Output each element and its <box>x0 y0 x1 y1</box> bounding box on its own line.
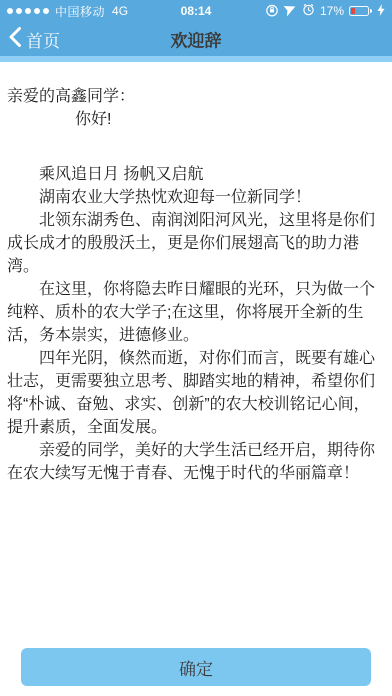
welcome-letter: 亲爱的高鑫同学： 你好! 乘风追日月 扬帆又启航 湖南农业大学热忱欢迎每一位新同… <box>0 62 392 648</box>
charging-bolt-icon <box>377 4 385 19</box>
location-services-icon <box>284 3 297 19</box>
carrier-label: 中国移动 <box>55 3 105 20</box>
signal-strength-icon <box>7 8 49 14</box>
page-title: 欢迎辞 <box>171 27 222 52</box>
letter-paragraphs: 乘风追日月 扬帆又启航 湖南农业大学热忱欢迎每一位新同学！ 北领东湖秀色、南润浏… <box>7 163 385 485</box>
battery-icon <box>349 6 372 16</box>
battery-percent-label: 17% <box>320 4 344 18</box>
back-button-label: 首页 <box>26 27 60 52</box>
letter-paragraph: 北领东湖秀色、南润浏阳河风光，这里将是你们成长成才的殷殷沃土，更是你们展翅高飞的… <box>7 209 385 278</box>
nav-bar: 首页 欢迎辞 <box>0 22 392 56</box>
letter-salutation: 亲爱的高鑫同学： <box>7 85 385 108</box>
confirm-button[interactable]: 确定 <box>21 648 371 686</box>
footer: 确定 <box>0 648 392 696</box>
back-button[interactable]: 首页 <box>0 22 70 56</box>
app-screen: 中国移动 4G 08:14 <box>0 0 392 696</box>
network-type-label: 4G <box>112 4 128 18</box>
letter-paragraph: 湖南农业大学热忱欢迎每一位新同学！ <box>7 186 385 209</box>
letter-paragraph: 乘风追日月 扬帆又启航 <box>7 163 385 186</box>
clock-time: 08:14 <box>181 4 212 18</box>
letter-paragraph: 在这里，你将隐去昨日耀眼的光环，只为做一个纯粹、质朴的农大学子;在这里，你将展开… <box>7 278 385 347</box>
alarm-clock-icon <box>302 3 315 19</box>
chevron-left-icon <box>9 27 21 52</box>
letter-greeting: 你好! <box>7 108 385 131</box>
status-bar: 中国移动 4G 08:14 <box>0 0 392 22</box>
rotation-lock-icon <box>265 3 279 20</box>
letter-paragraph: 亲爱的同学，美好的大学生活已经开启，期待你在农大续写无愧于青春、无愧于时代的华丽… <box>7 439 385 485</box>
letter-paragraph: 四年光阴，倏然而逝，对你们而言，既要有雄心壮志，更需要独立思考、脚踏实地的精神，… <box>7 347 385 439</box>
